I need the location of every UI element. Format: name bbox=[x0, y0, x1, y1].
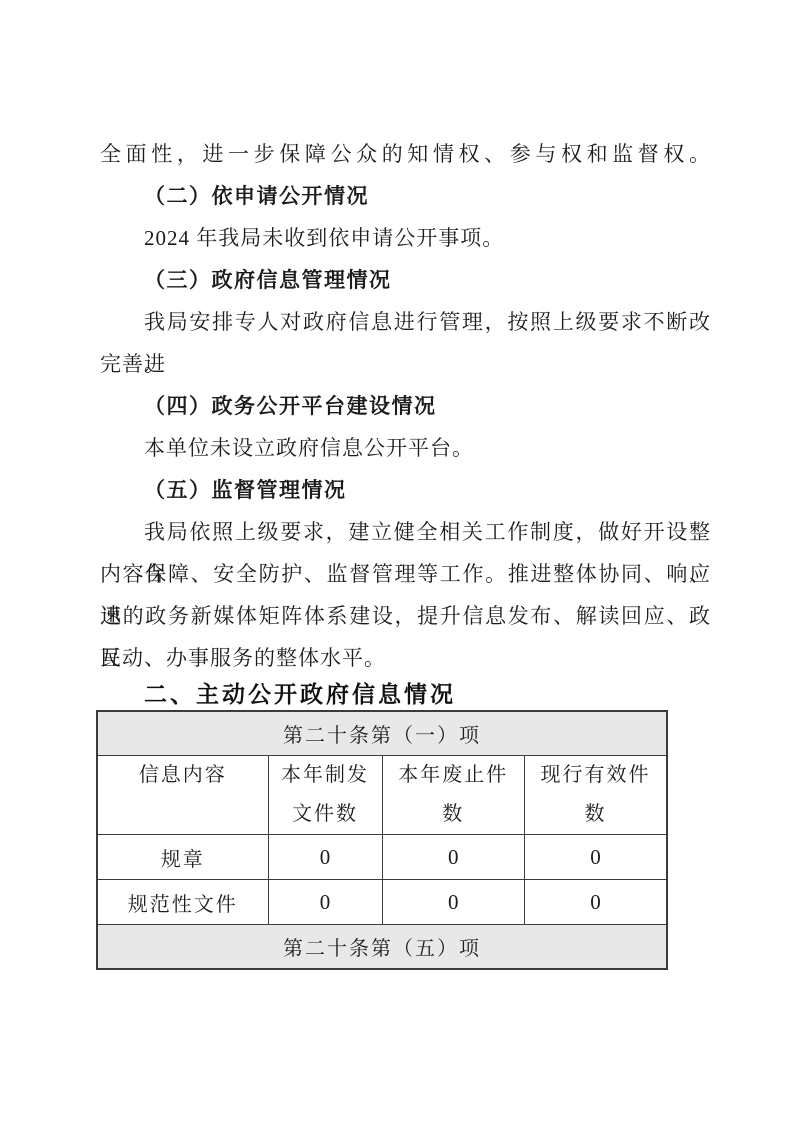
table-cell-value: 0 bbox=[525, 835, 668, 880]
section-heading-main: 二、主动公开政府信息情况 bbox=[100, 673, 711, 715]
body-text-line: 完善。 bbox=[100, 343, 711, 385]
table-header-info-content: 信息内容 bbox=[97, 756, 268, 835]
body-text-line: 本单位未设立政府信息公开平台。 bbox=[100, 427, 711, 469]
body-text-line: 我局依照上级要求，建立健全相关工作制度，做好开设整合、 bbox=[100, 511, 711, 553]
section-subheading-line: （二）依申请公开情况 bbox=[100, 175, 711, 217]
table-header-valid-count: 现行有效件 数 bbox=[525, 756, 668, 835]
body-text-line: 全面性，进一步保障公众的知情权、参与权和监督权。 bbox=[100, 133, 711, 175]
table-cell-value: 0 bbox=[382, 880, 525, 925]
table-row-regulations: 规章 0 0 0 bbox=[97, 835, 667, 880]
body-text-line: 我局安排专人对政府信息进行管理，按照上级要求不断改进 bbox=[100, 301, 711, 343]
body-text-line: 内容保障、安全防护、监督管理等工作。推进整体协同、响应迅 bbox=[100, 553, 711, 595]
table-band-label-bottom: 第二十条第（五）项 bbox=[97, 925, 667, 970]
body-lines: 全面性，进一步保障公众的知情权、参与权和监督权。（二）依申请公开情况2024 年… bbox=[100, 133, 711, 679]
section-subheading-line: （五）监督管理情况 bbox=[100, 469, 711, 511]
table-band-row-bottom: 第二十条第（五）项 bbox=[97, 925, 667, 970]
section-subheading-line: （四）政务公开平台建设情况 bbox=[100, 385, 711, 427]
disclosure-table: 第二十条第（一）项 信息内容 本年制发 文件数 本年废止件 数 现行有效件 数 … bbox=[96, 710, 668, 970]
table-header-row: 信息内容 本年制发 文件数 本年废止件 数 现行有效件 数 bbox=[97, 756, 667, 835]
section-subheading-line: （三）政府信息管理情况 bbox=[100, 259, 711, 301]
table-header-repealed-count: 本年废止件 数 bbox=[382, 756, 525, 835]
table-row-normative-documents: 规范性文件 0 0 0 bbox=[97, 880, 667, 925]
table-band-row-top: 第二十条第（一）项 bbox=[97, 711, 667, 756]
body-text-line: 速的政务新媒体矩阵体系建设，提升信息发布、解读回应、政民 bbox=[100, 595, 711, 637]
table-band-label-top: 第二十条第（一）项 bbox=[97, 711, 667, 756]
table-cell-label: 规范性文件 bbox=[97, 880, 268, 925]
table-cell-value: 0 bbox=[382, 835, 525, 880]
body-text-line: 2024 年我局未收到依申请公开事项。 bbox=[100, 217, 711, 259]
table-cell-value: 0 bbox=[268, 835, 382, 880]
table-cell-label: 规章 bbox=[97, 835, 268, 880]
table-header-issued-count: 本年制发 文件数 bbox=[268, 756, 382, 835]
document-page: 全面性，进一步保障公众的知情权、参与权和监督权。（二）依申请公开情况2024 年… bbox=[0, 0, 793, 1122]
table-cell-value: 0 bbox=[525, 880, 668, 925]
table-cell-value: 0 bbox=[268, 880, 382, 925]
